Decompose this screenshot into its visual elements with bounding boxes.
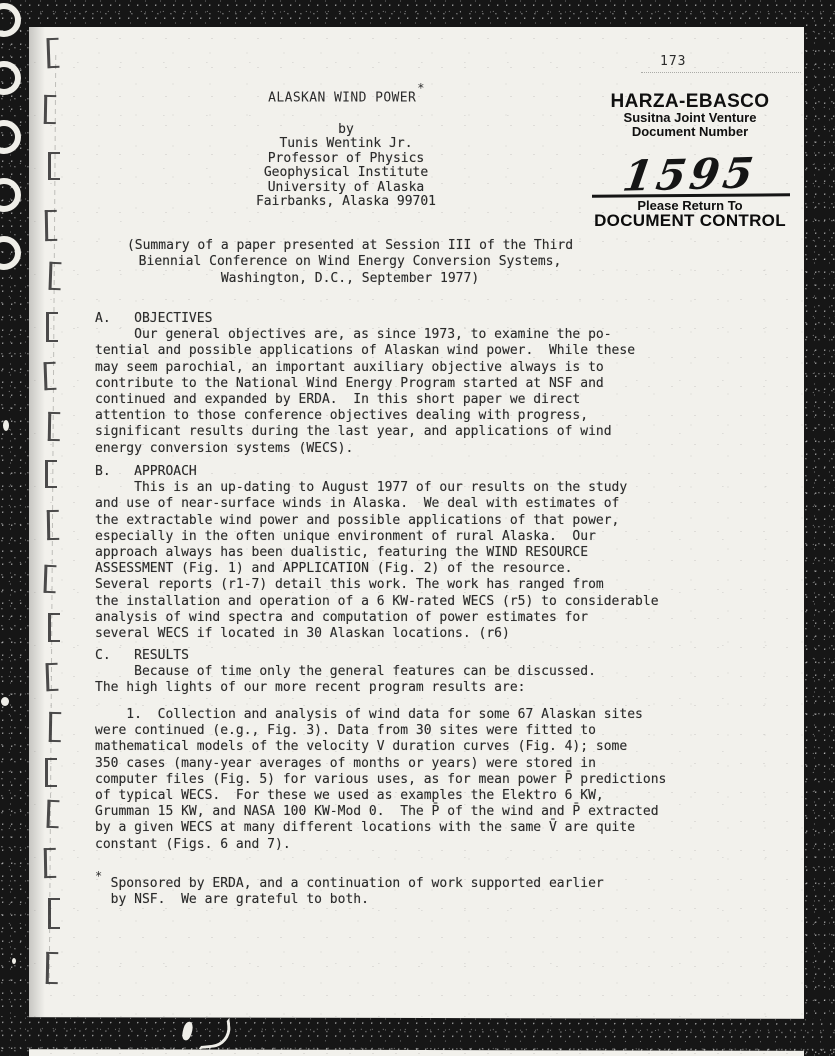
binding-hole xyxy=(0,236,21,270)
binding-mark xyxy=(47,510,60,540)
scan-smudge xyxy=(196,1018,233,1049)
stamp-document-number-label: Document Number xyxy=(585,125,795,139)
scan-edge-top xyxy=(0,0,835,27)
scan-smudge xyxy=(181,1021,194,1042)
page-number: 173 xyxy=(660,54,686,69)
title-footnote-marker: * xyxy=(417,81,425,95)
binding-mark xyxy=(48,613,60,642)
binding-mark xyxy=(44,362,57,390)
conference-summary: (Summary of a paper presented at Session… xyxy=(110,238,590,287)
scan-smudge xyxy=(12,958,16,964)
binding-mark xyxy=(48,898,60,929)
page-number-underline xyxy=(641,72,801,73)
binding-hole xyxy=(0,120,21,154)
stamp-company-name: HARZA-EBASCO xyxy=(585,92,795,111)
binding-mark xyxy=(49,712,62,742)
stamp-document-control-label: DOCUMENT CONTROL xyxy=(585,211,795,231)
binding-mark xyxy=(45,210,58,241)
binding-mark xyxy=(44,95,57,124)
scan-smudge xyxy=(1,697,9,706)
scan-smudge xyxy=(3,420,9,431)
scan-edge-bottom xyxy=(0,1017,835,1051)
binding-mark xyxy=(45,460,57,488)
binding-mark xyxy=(49,262,62,290)
binding-hole xyxy=(0,178,21,212)
binding-mark xyxy=(46,952,59,984)
section-approach: B. APPROACH This is an up-dating to Augu… xyxy=(95,464,659,642)
scan-edge-right xyxy=(804,20,835,1056)
binding-mark xyxy=(44,565,57,593)
binding-mark xyxy=(48,152,60,180)
binding-mark xyxy=(44,848,57,878)
binding-mark xyxy=(48,412,61,441)
section-objectives: A. OBJECTIVES Our general objectives are… xyxy=(95,311,635,457)
paragraph-result-1: 1. Collection and analysis of wind data … xyxy=(95,707,666,853)
document-title-text: ALASKAN WIND POWER xyxy=(268,90,416,105)
scanned-document-page: 173 ALASKAN WIND POWER* by Tunis Wentink… xyxy=(0,0,835,1056)
binding-mark xyxy=(47,800,60,828)
binding-mark xyxy=(46,312,58,342)
binding-mark xyxy=(45,758,57,787)
document-title: ALASKAN WIND POWER* xyxy=(146,85,546,105)
binding-mark xyxy=(46,663,59,691)
section-results: C. RESULTS Because of time only the gene… xyxy=(95,648,596,697)
binding-hole xyxy=(0,61,21,95)
stamp-venture-name: Susitna Joint Venture xyxy=(585,111,795,125)
footnote-text: Sponsored by ERDA, and a continuation of… xyxy=(95,876,604,908)
scan-edge-left xyxy=(0,0,29,1056)
binding-hole xyxy=(0,3,21,37)
document-control-stamp: HARZA-EBASCO Susitna Joint Venture Docum… xyxy=(585,92,795,139)
binding-mark xyxy=(46,38,59,68)
paper-edge-shadow xyxy=(29,27,45,1018)
author-block: by Tunis Wentink Jr. Professor of Physic… xyxy=(146,123,546,209)
